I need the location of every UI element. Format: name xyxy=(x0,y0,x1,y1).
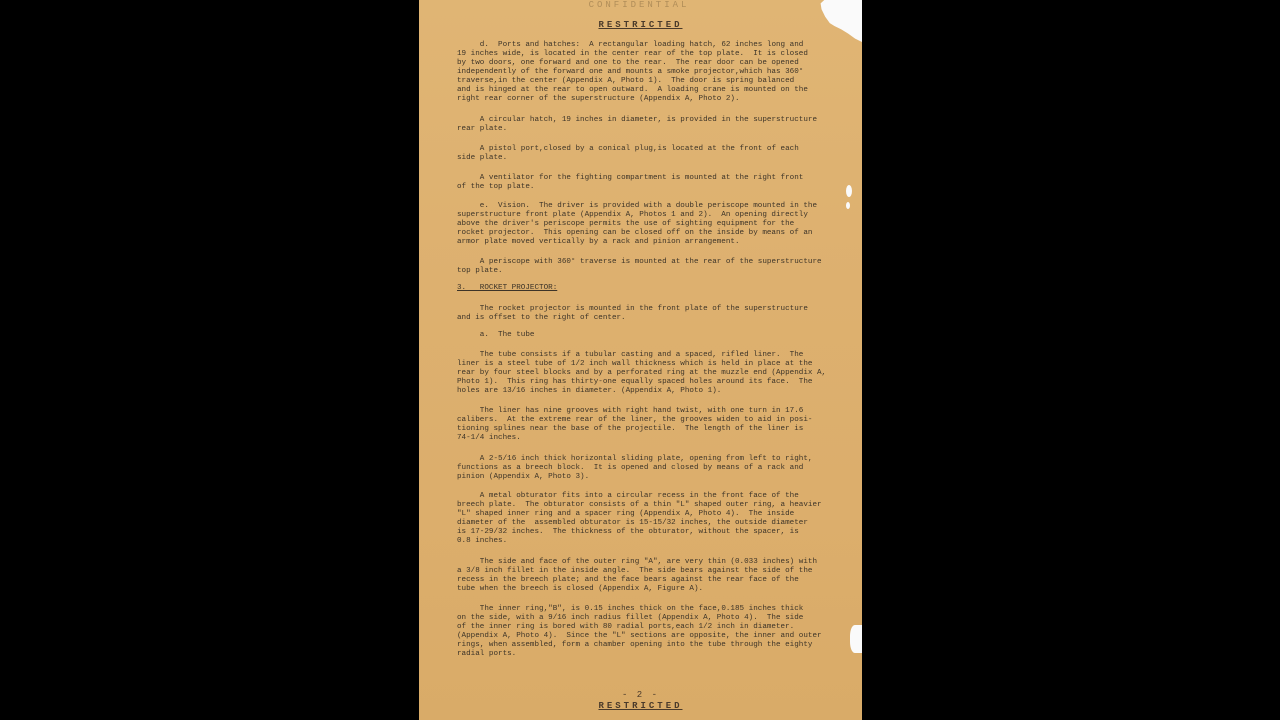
classification-top: RESTRICTED xyxy=(419,20,862,30)
para-periscope: A periscope with 360° traverse is mounte… xyxy=(457,258,831,276)
para-liner: The liner has nine grooves with right ha… xyxy=(457,407,831,443)
para-circular-hatch: A circular hatch, 19 inches in diameter,… xyxy=(457,116,831,134)
para-vision: e. Vision. The driver is provided with a… xyxy=(457,202,831,247)
paper-tear xyxy=(850,625,862,653)
para-inner-ring: The inner ring,"B", is 0.15 inches thick… xyxy=(457,605,831,659)
para-rocket-projector: The rocket projector is mounted in the f… xyxy=(457,305,831,323)
para-pistol-port: A pistol port,closed by a conical plug,i… xyxy=(457,145,831,163)
subheading-tube: a. The tube xyxy=(457,331,831,340)
para-ports-hatches: d. Ports and hatches: A rectangular load… xyxy=(457,41,831,104)
para-sliding-plate: A 2-5/16 inch thick horizontal sliding p… xyxy=(457,455,831,482)
ghost-header: CONFIDENTIAL xyxy=(569,0,709,10)
para-ventilator: A ventilator for the fighting compartmen… xyxy=(457,174,831,192)
para-tube: The tube consists if a tubular casting a… xyxy=(457,351,831,396)
page-number: - 2 - xyxy=(419,690,862,700)
document-page: CONFIDENTIAL RESTRICTED d. Ports and hat… xyxy=(419,0,862,720)
para-outer-ring: The side and face of the outer ring "A",… xyxy=(457,558,831,594)
para-obturator: A metal obturator fits into a circular r… xyxy=(457,492,831,546)
paper-hole xyxy=(846,185,852,197)
paper-hole xyxy=(846,202,850,209)
section-heading-rocket-projector: 3. ROCKET PROJECTOR: xyxy=(457,284,831,293)
classification-bottom: RESTRICTED xyxy=(419,701,862,711)
